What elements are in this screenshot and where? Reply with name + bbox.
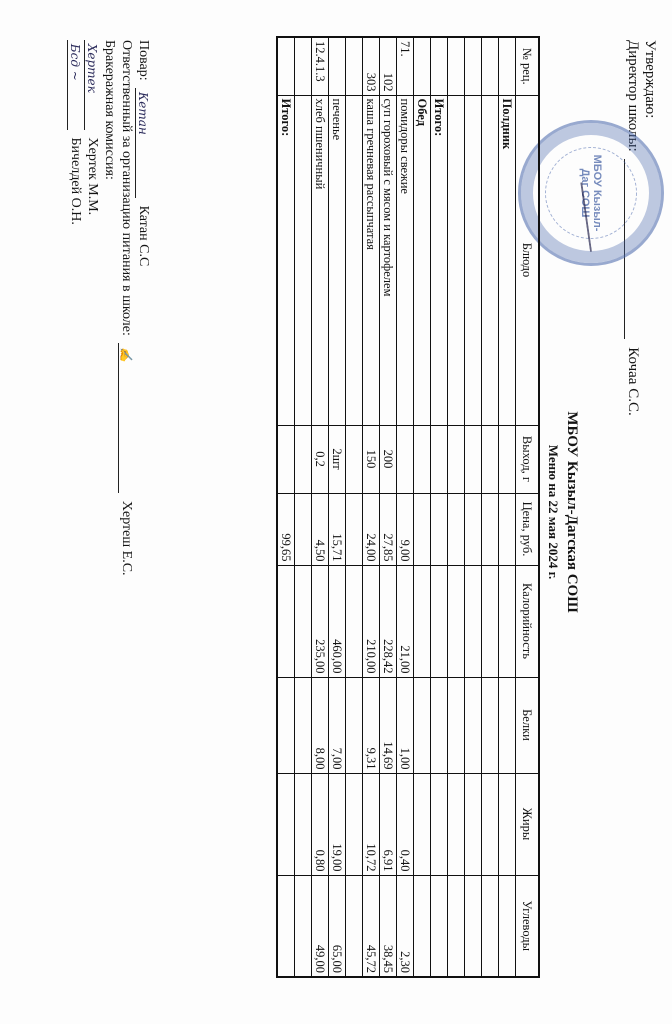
table-cell: 460,00: [329, 565, 346, 677]
responsible-name: Хертеш Е.С.: [119, 501, 134, 576]
cook-row: Повар: Кетан Катан С.С: [135, 40, 152, 576]
table-cell: [465, 773, 482, 875]
table-cell: [295, 773, 312, 875]
table-cell: [431, 773, 448, 875]
director-name: Кочаа С.С.: [625, 347, 641, 416]
table-row: [346, 37, 363, 977]
table-cell: 7,00: [329, 677, 346, 773]
table-cell: 235,00: [312, 565, 329, 677]
table-cell: [431, 875, 448, 977]
table-cell: [431, 493, 448, 565]
table-cell: 1,00: [397, 677, 414, 773]
table-cell: каша гречневая рассыпчатая: [363, 95, 380, 425]
table-cell: 303: [363, 37, 380, 95]
column-header: Белки: [516, 677, 540, 773]
table-cell: 2шт: [329, 425, 346, 493]
commission-member-2: Бсд ~ Бичелдей О.Н.: [67, 40, 84, 576]
table-cell: 6,91: [380, 773, 397, 875]
table-cell: 0,2: [312, 425, 329, 493]
table-cell: 12.4.1.3: [312, 37, 329, 95]
table-cell: [499, 565, 516, 677]
table-cell: [295, 493, 312, 565]
table-cell: [346, 37, 363, 95]
table-cell: [499, 493, 516, 565]
table-cell: 0,40: [397, 773, 414, 875]
table-cell: [346, 95, 363, 425]
table-cell: [295, 425, 312, 493]
table-cell: [465, 493, 482, 565]
cook-name: Катан С.С: [136, 206, 151, 267]
table-cell: [295, 95, 312, 425]
table-cell: [448, 95, 465, 425]
table-row: 102суп гороховый с мясом и картофелем200…: [380, 37, 397, 977]
table-cell: 19,00: [329, 773, 346, 875]
table-cell: [346, 773, 363, 875]
table-cell: [414, 565, 431, 677]
table-cell: [499, 677, 516, 773]
table-row: печенье2шт15,71460,007,0019,0065,00: [329, 37, 346, 977]
table-cell: суп гороховый с мясом и картофелем: [380, 95, 397, 425]
table-cell: [431, 37, 448, 95]
table-cell: [448, 425, 465, 493]
table-cell: печенье: [329, 95, 346, 425]
table-cell: [277, 773, 295, 875]
table-cell: [448, 493, 465, 565]
commission-label: Бракеражная комиссия:: [102, 40, 117, 180]
table-cell: [465, 677, 482, 773]
table-cell: [277, 425, 295, 493]
table-row: [465, 37, 482, 977]
table-row: 71.помидоры свежие9,0021,001,000,402,30: [397, 37, 414, 977]
table-cell: [482, 37, 499, 95]
table-cell: [482, 425, 499, 493]
table-cell: 38,45: [380, 875, 397, 977]
table-row: [482, 37, 499, 977]
table-cell: Полдник: [499, 95, 516, 425]
total-row: Итого:99,65: [277, 37, 295, 977]
table-cell: [414, 875, 431, 977]
table-cell: 228,42: [380, 565, 397, 677]
table-cell: 200: [380, 425, 397, 493]
table-cell: [346, 677, 363, 773]
table-cell: 45,72: [363, 875, 380, 977]
table-cell: [346, 425, 363, 493]
table-cell: [499, 425, 516, 493]
table-cell: 27,85: [380, 493, 397, 565]
member2-signature-icon: Бсд ~: [67, 40, 83, 130]
table-cell: [482, 493, 499, 565]
table-cell: 2,30: [397, 875, 414, 977]
column-header: Цена, руб.: [516, 493, 540, 565]
table-cell: [465, 37, 482, 95]
table-cell: [482, 565, 499, 677]
table-cell: 65,00: [329, 875, 346, 977]
column-header: Блюдо: [516, 95, 540, 425]
table-row: [295, 37, 312, 977]
responsible-label: Ответственный за организацию питания в ш…: [119, 40, 134, 336]
table-cell: [295, 565, 312, 677]
member1-name: Хертек М.М.: [85, 138, 100, 216]
signatures-block: Повар: Кетан Катан С.С Ответственный за …: [67, 40, 152, 576]
table-cell: 4,50: [312, 493, 329, 565]
table-cell: [499, 875, 516, 977]
table-cell: [346, 875, 363, 977]
member2-name: Бичелдей О.Н.: [68, 138, 83, 225]
table-cell: 71.: [397, 37, 414, 95]
menu-table: № рец.БлюдоВыход, гЦена, руб.Калорийност…: [276, 36, 540, 978]
table-cell: [277, 565, 295, 677]
table-cell: [346, 565, 363, 677]
school-title: МБОУ Кызыл-Дагская СОШ: [563, 0, 580, 1024]
responsible-signature-icon: ✍: [118, 343, 134, 493]
table-cell: [414, 773, 431, 875]
table-cell: [329, 37, 346, 95]
table-cell: [465, 875, 482, 977]
table-cell: 9,31: [363, 677, 380, 773]
document-page: Утверждаю: Директор школы: Кочаа С.С. МБ…: [0, 0, 672, 1024]
table-cell: [277, 677, 295, 773]
column-header: Калорийность: [516, 565, 540, 677]
table-cell: 99,65: [277, 493, 295, 565]
table-cell: Обед: [414, 95, 431, 425]
table-cell: 10,72: [363, 773, 380, 875]
commission-member-1: Хертек Хертек М.М.: [84, 40, 101, 576]
table-row: 303каша гречневая рассыпчатая15024,00210…: [363, 37, 380, 977]
table-cell: [448, 565, 465, 677]
table-cell: [431, 425, 448, 493]
section-row: Обед: [414, 37, 431, 977]
table-cell: [414, 677, 431, 773]
cook-label: Повар:: [136, 40, 151, 81]
table-cell: [431, 565, 448, 677]
table-cell: [277, 37, 295, 95]
table-cell: [499, 37, 516, 95]
table-cell: [482, 677, 499, 773]
table-cell: 14,69: [380, 677, 397, 773]
table-cell: [448, 677, 465, 773]
table-cell: 9,00: [397, 493, 414, 565]
table-cell: 0,80: [312, 773, 329, 875]
menu-date-title: Меню на 22 мая 2024 г.: [545, 0, 561, 1024]
total-row: Итого:: [431, 37, 448, 977]
table-cell: [465, 425, 482, 493]
table-cell: [431, 677, 448, 773]
table-cell: [499, 773, 516, 875]
table-cell: Итого:: [277, 95, 295, 425]
table-cell: помидоры свежие: [397, 95, 414, 425]
table-row: [448, 37, 465, 977]
table-cell: [465, 95, 482, 425]
table-cell: 210,00: [363, 565, 380, 677]
table-cell: [295, 677, 312, 773]
table-cell: [448, 875, 465, 977]
table-cell: 49,00: [312, 875, 329, 977]
table-cell: [448, 37, 465, 95]
table-cell: [448, 773, 465, 875]
column-header: Выход, г: [516, 425, 540, 493]
column-header: Углеводы: [516, 875, 540, 977]
table-cell: 24,00: [363, 493, 380, 565]
table-cell: 150: [363, 425, 380, 493]
table-cell: 8,00: [312, 677, 329, 773]
column-header: № рец.: [516, 37, 540, 95]
table-cell: [482, 95, 499, 425]
table-cell: 102: [380, 37, 397, 95]
table-cell: хлеб пшеничный: [312, 95, 329, 425]
table-cell: [414, 493, 431, 565]
cook-signature-icon: Кетан: [135, 88, 151, 198]
table-cell: [414, 37, 431, 95]
table-cell: [295, 37, 312, 95]
table-cell: [482, 875, 499, 977]
table-cell: [397, 425, 414, 493]
table-cell: 15,71: [329, 493, 346, 565]
commission-label-row: Бракеражная комиссия:: [101, 40, 118, 576]
table-cell: [414, 425, 431, 493]
table-cell: [295, 875, 312, 977]
table-cell: [465, 565, 482, 677]
table-cell: 21,00: [397, 565, 414, 677]
table-cell: [277, 875, 295, 977]
table-header-row: № рец.БлюдоВыход, гЦена, руб.Калорийност…: [516, 37, 540, 977]
section-row: Полдник: [499, 37, 516, 977]
table-cell: Итого:: [431, 95, 448, 425]
table-cell: [346, 493, 363, 565]
responsible-row: Ответственный за организацию питания в ш…: [118, 40, 135, 576]
column-header: Жиры: [516, 773, 540, 875]
table-row: 12.4.1.3хлеб пшеничный0,24,50235,008,000…: [312, 37, 329, 977]
table-cell: [482, 773, 499, 875]
member1-signature-icon: Хертек: [84, 40, 100, 130]
